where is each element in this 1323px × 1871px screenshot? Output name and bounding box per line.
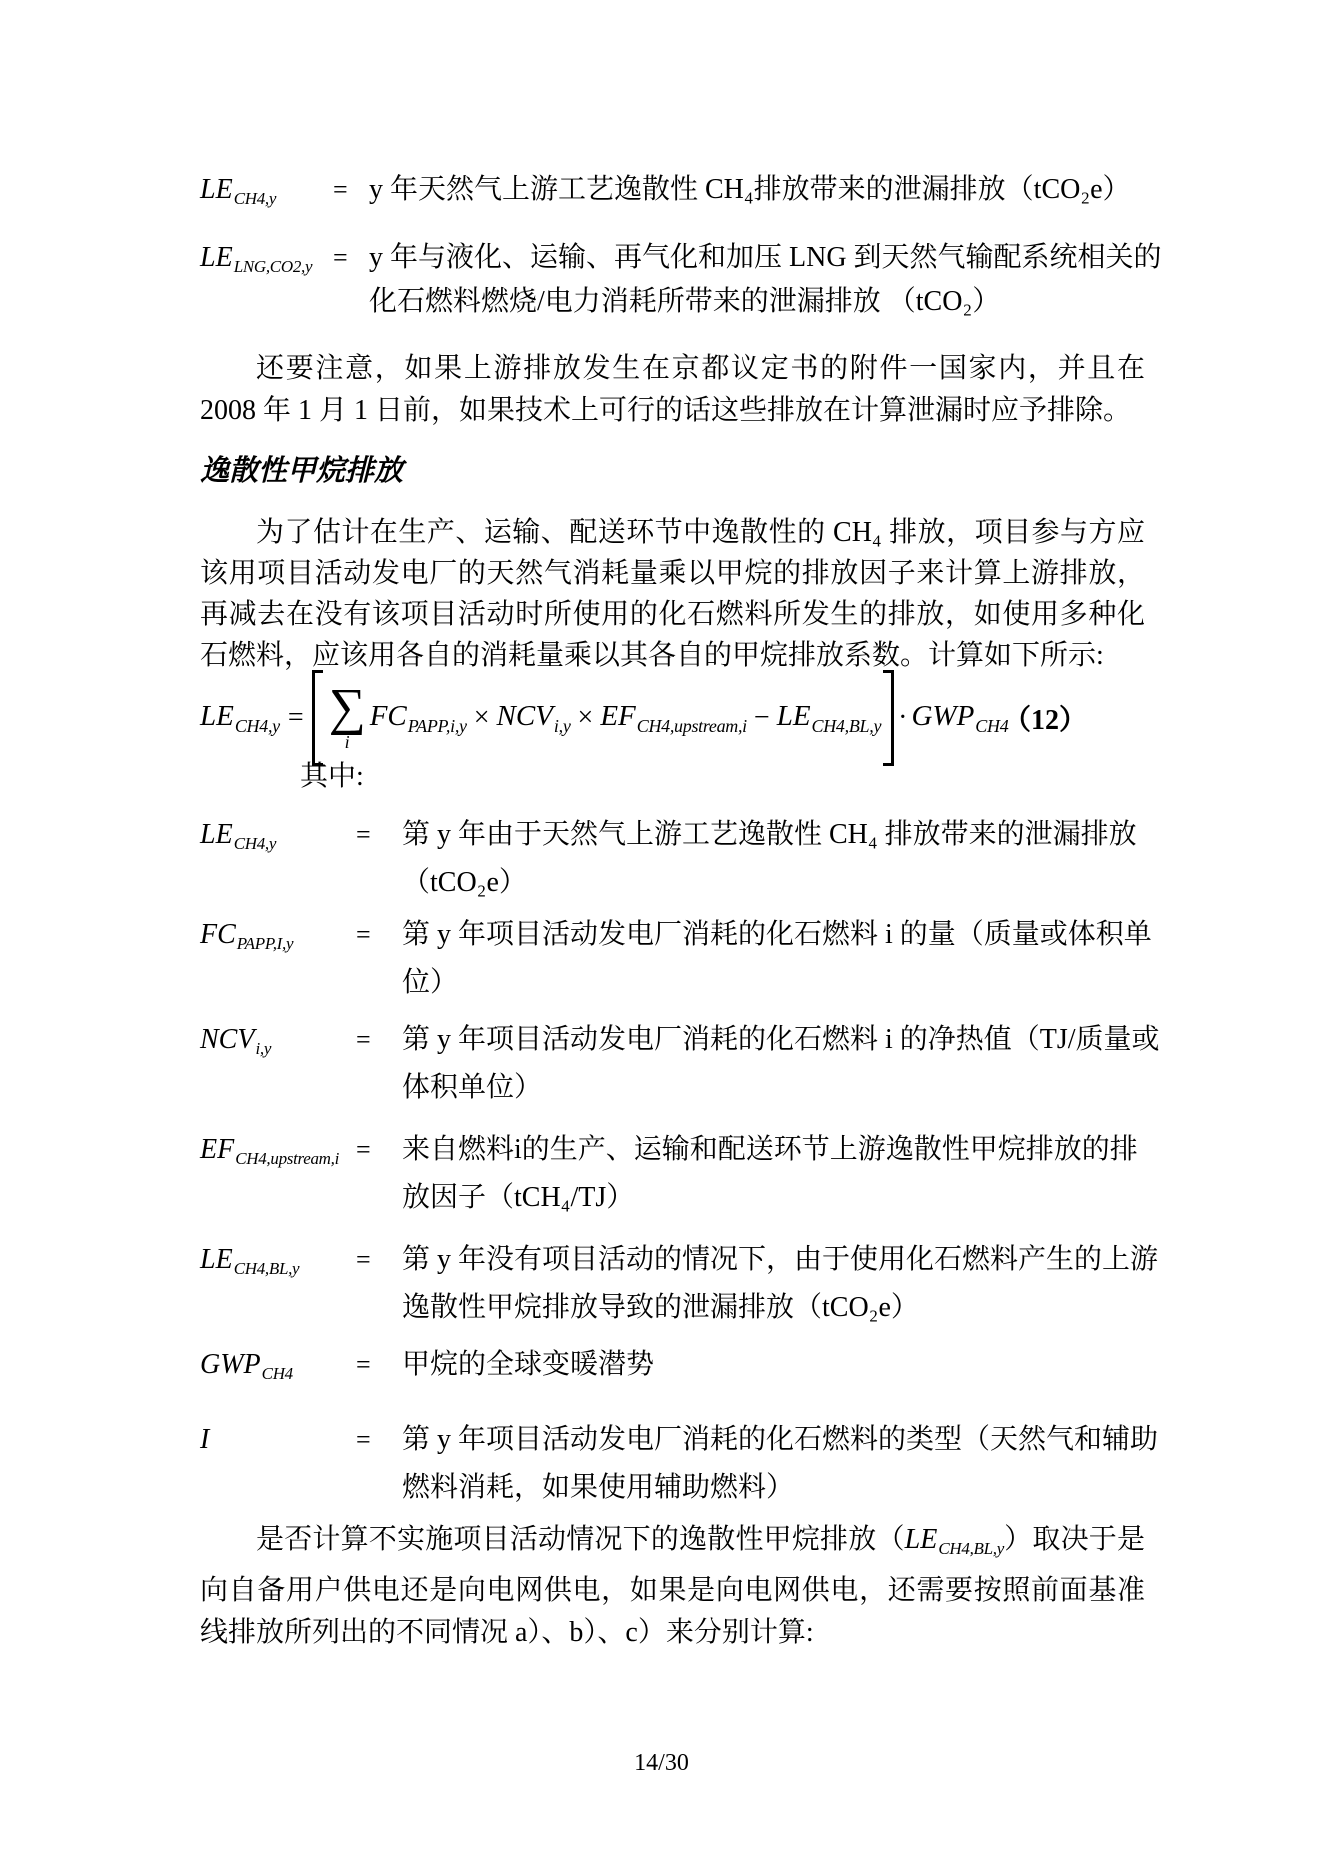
- equals-sign: =: [356, 1236, 402, 1332]
- term-ef-upstream: EFCH4,upstream,i: [200, 1126, 356, 1222]
- equals-sign: =: [333, 236, 369, 324]
- term-ef: EFCH4,upstream,i: [600, 700, 747, 737]
- term-i: I: [200, 1416, 356, 1512]
- definition-text: 甲烷的全球变暖潜势: [402, 1341, 1165, 1398]
- section-heading-fugitive-methane: 逸散性甲烷排放: [200, 450, 403, 492]
- term-le-lng-co2y: LELNG,CO2,y: [200, 236, 333, 324]
- term-main: FC: [200, 919, 236, 950]
- equals-sign: =: [356, 1126, 402, 1222]
- equals-sign: =: [356, 911, 402, 1007]
- term-main: I: [200, 1424, 209, 1455]
- equals-sign: =: [356, 811, 402, 907]
- definition-row-le-ch4y: LECH4,y = 第 y 年由于天然气上游工艺逸散性 CH₄ 排放带来的泄漏排…: [200, 811, 1165, 907]
- multiply-operator: ×: [474, 702, 490, 734]
- term-ncv: NCVi,y: [497, 700, 571, 737]
- term-fc: FCPAPP,i,y: [370, 700, 467, 737]
- term-main: GWP: [200, 1349, 261, 1380]
- definition-row-le-lng-co2y: LELNG,CO2,y = y 年与液化、运输、再气化和加压 LNG 到天然气输…: [200, 236, 1165, 324]
- term-subscript: CH4,BL,y: [234, 1259, 300, 1278]
- term-main: FC: [370, 700, 407, 732]
- term-subscript: CH4,y: [235, 716, 280, 736]
- term-subscript: CH4: [262, 1364, 293, 1383]
- term-le-bl: LECH4,BL,y: [777, 700, 881, 737]
- definition-text: 第 y 年没有项目活动的情况下，由于使用化石燃料产生的上游逸散性甲烷排放导致的泄…: [402, 1236, 1165, 1332]
- definition-row-le-bl: LECH4,BL,y = 第 y 年没有项目活动的情况下，由于使用化石燃料产生的…: [200, 1236, 1165, 1332]
- equals-sign: =: [333, 168, 369, 221]
- term-subscript: i,y: [554, 716, 571, 736]
- definition-text: y 年天然气上游工艺逸散性 CH₄排放带来的泄漏排放（tCO₂e）: [369, 168, 1164, 221]
- definition-text: 第 y 年项目活动发电厂消耗的化石燃料的类型（天然气和辅助燃料消耗，如果使用辅助…: [402, 1416, 1165, 1512]
- where-label: 其中:: [300, 756, 364, 798]
- term-le-ch4y: LECH4,y: [200, 168, 333, 221]
- multiply-operator: ×: [578, 702, 594, 734]
- definition-row-ef-upstream: EFCH4,upstream,i = 来自燃料i的生产、运输和配送环节上游逸散性…: [200, 1126, 1165, 1222]
- minus-operator: −: [754, 702, 770, 734]
- equation-number: （12）: [1003, 698, 1087, 738]
- left-bracket: [312, 670, 323, 766]
- definition-text: 来自燃料i的生产、运输和配送环节上游逸散性甲烷排放的排放因子（tCH₄/TJ）: [402, 1126, 1165, 1222]
- term-subscript: CH4,upstream,i: [235, 1149, 339, 1168]
- term-main: LE: [200, 242, 233, 273]
- equals-sign: =: [288, 702, 304, 734]
- page-number: 14/30: [0, 1750, 1323, 1777]
- dot-operator: ·: [898, 702, 907, 734]
- term-main: GWP: [911, 700, 974, 732]
- equals-sign: =: [356, 1416, 402, 1512]
- term-subscript: LNG,CO2,y: [234, 257, 313, 276]
- sigma-icon: ∑: [329, 685, 366, 732]
- definition-text: y 年与液化、运输、再气化和加压 LNG 到天然气输配系统相关的化石燃料燃烧/电…: [369, 236, 1164, 324]
- definition-row-fc-papp: FCPAPP,I,y = 第 y 年项目活动发电厂消耗的化石燃料 i 的量（质量…: [200, 911, 1165, 1007]
- definition-row-ncv: NCVi,y = 第 y 年项目活动发电厂消耗的化石燃料 i 的净热值（TJ/质…: [200, 1016, 1165, 1112]
- equation-12: LECH4,y = ∑ i FCPAPP,i,y × NCVi,y × EFCH…: [200, 670, 1165, 766]
- paragraph-note: 还要注意，如果上游排放发生在京都议定书的附件一国家内，并且在 2008 年 1 …: [200, 348, 1145, 432]
- term-main: LE: [200, 1244, 233, 1275]
- definition-row-le-ch4y-top: LECH4,y = y 年天然气上游工艺逸散性 CH₄排放带来的泄漏排放（tCO…: [200, 168, 1165, 221]
- term-fc-papp: FCPAPP,I,y: [200, 911, 356, 1007]
- definition-row-i: I = 第 y 年项目活动发电厂消耗的化石燃料的类型（天然气和辅助燃料消耗，如果…: [200, 1416, 1165, 1512]
- term-subscript: CH4,y: [234, 189, 276, 208]
- term-le-bl: LECH4,BL,y: [200, 1236, 356, 1332]
- term-subscript: CH4,BL,y: [812, 716, 882, 736]
- term-subscript: i,y: [255, 1039, 271, 1058]
- equals-sign: =: [356, 1016, 402, 1112]
- summation-index: i: [345, 733, 350, 751]
- term-subscript: CH4,BL,y: [938, 1539, 1004, 1558]
- term-subscript: PAPP,I,y: [237, 934, 293, 953]
- term-main: LE: [905, 1524, 938, 1555]
- document-page: LECH4,y = y 年天然气上游工艺逸散性 CH₄排放带来的泄漏排放（tCO…: [0, 0, 1323, 1871]
- term-subscript: CH4,upstream,i: [637, 716, 747, 736]
- term-main: LE: [200, 700, 234, 732]
- term-main: NCV: [497, 700, 553, 732]
- term-main: EF: [200, 1134, 234, 1165]
- paragraph-closing: 是否计算不实施项目活动情况下的逸散性甲烷排放（LECH4,BL,y）取决于是向自…: [200, 1519, 1145, 1654]
- term-gwp: GWPCH4: [200, 1341, 356, 1398]
- summation-symbol: ∑ i: [329, 685, 366, 752]
- equation-lhs: LECH4,y: [200, 700, 280, 737]
- term-subscript: PAPP,i,y: [408, 716, 467, 736]
- definition-text: 第 y 年由于天然气上游工艺逸散性 CH₄ 排放带来的泄漏排放（tCO₂e）: [402, 811, 1165, 907]
- paragraph-method: 为了估计在生产、运输、配送环节中逸散性的 CH₄ 排放，项目参与方应该用项目活动…: [200, 512, 1145, 676]
- term-main: NCV: [200, 1024, 254, 1055]
- term-ncv: NCVi,y: [200, 1016, 356, 1112]
- definition-text: 第 y 年项目活动发电厂消耗的化石燃料 i 的量（质量或体积单位）: [402, 911, 1165, 1007]
- term-main: LE: [777, 700, 811, 732]
- term-gwp: GWPCH4: [911, 700, 1008, 737]
- definition-row-gwp: GWPCH4 = 甲烷的全球变暖潜势: [200, 1341, 1165, 1398]
- term-le-ch4y: LECH4,y: [200, 811, 356, 907]
- equals-sign: =: [356, 1341, 402, 1398]
- term-subscript: CH4,y: [234, 834, 276, 853]
- term-main: EF: [600, 700, 635, 732]
- term-main: LE: [200, 174, 233, 205]
- right-bracket: [883, 670, 894, 766]
- definition-text: 第 y 年项目活动发电厂消耗的化石燃料 i 的净热值（TJ/质量或体积单位）: [402, 1016, 1165, 1112]
- closing-text-before: 是否计算不实施项目活动情况下的逸散性甲烷排放（: [256, 1524, 905, 1555]
- term-main: LE: [200, 819, 233, 850]
